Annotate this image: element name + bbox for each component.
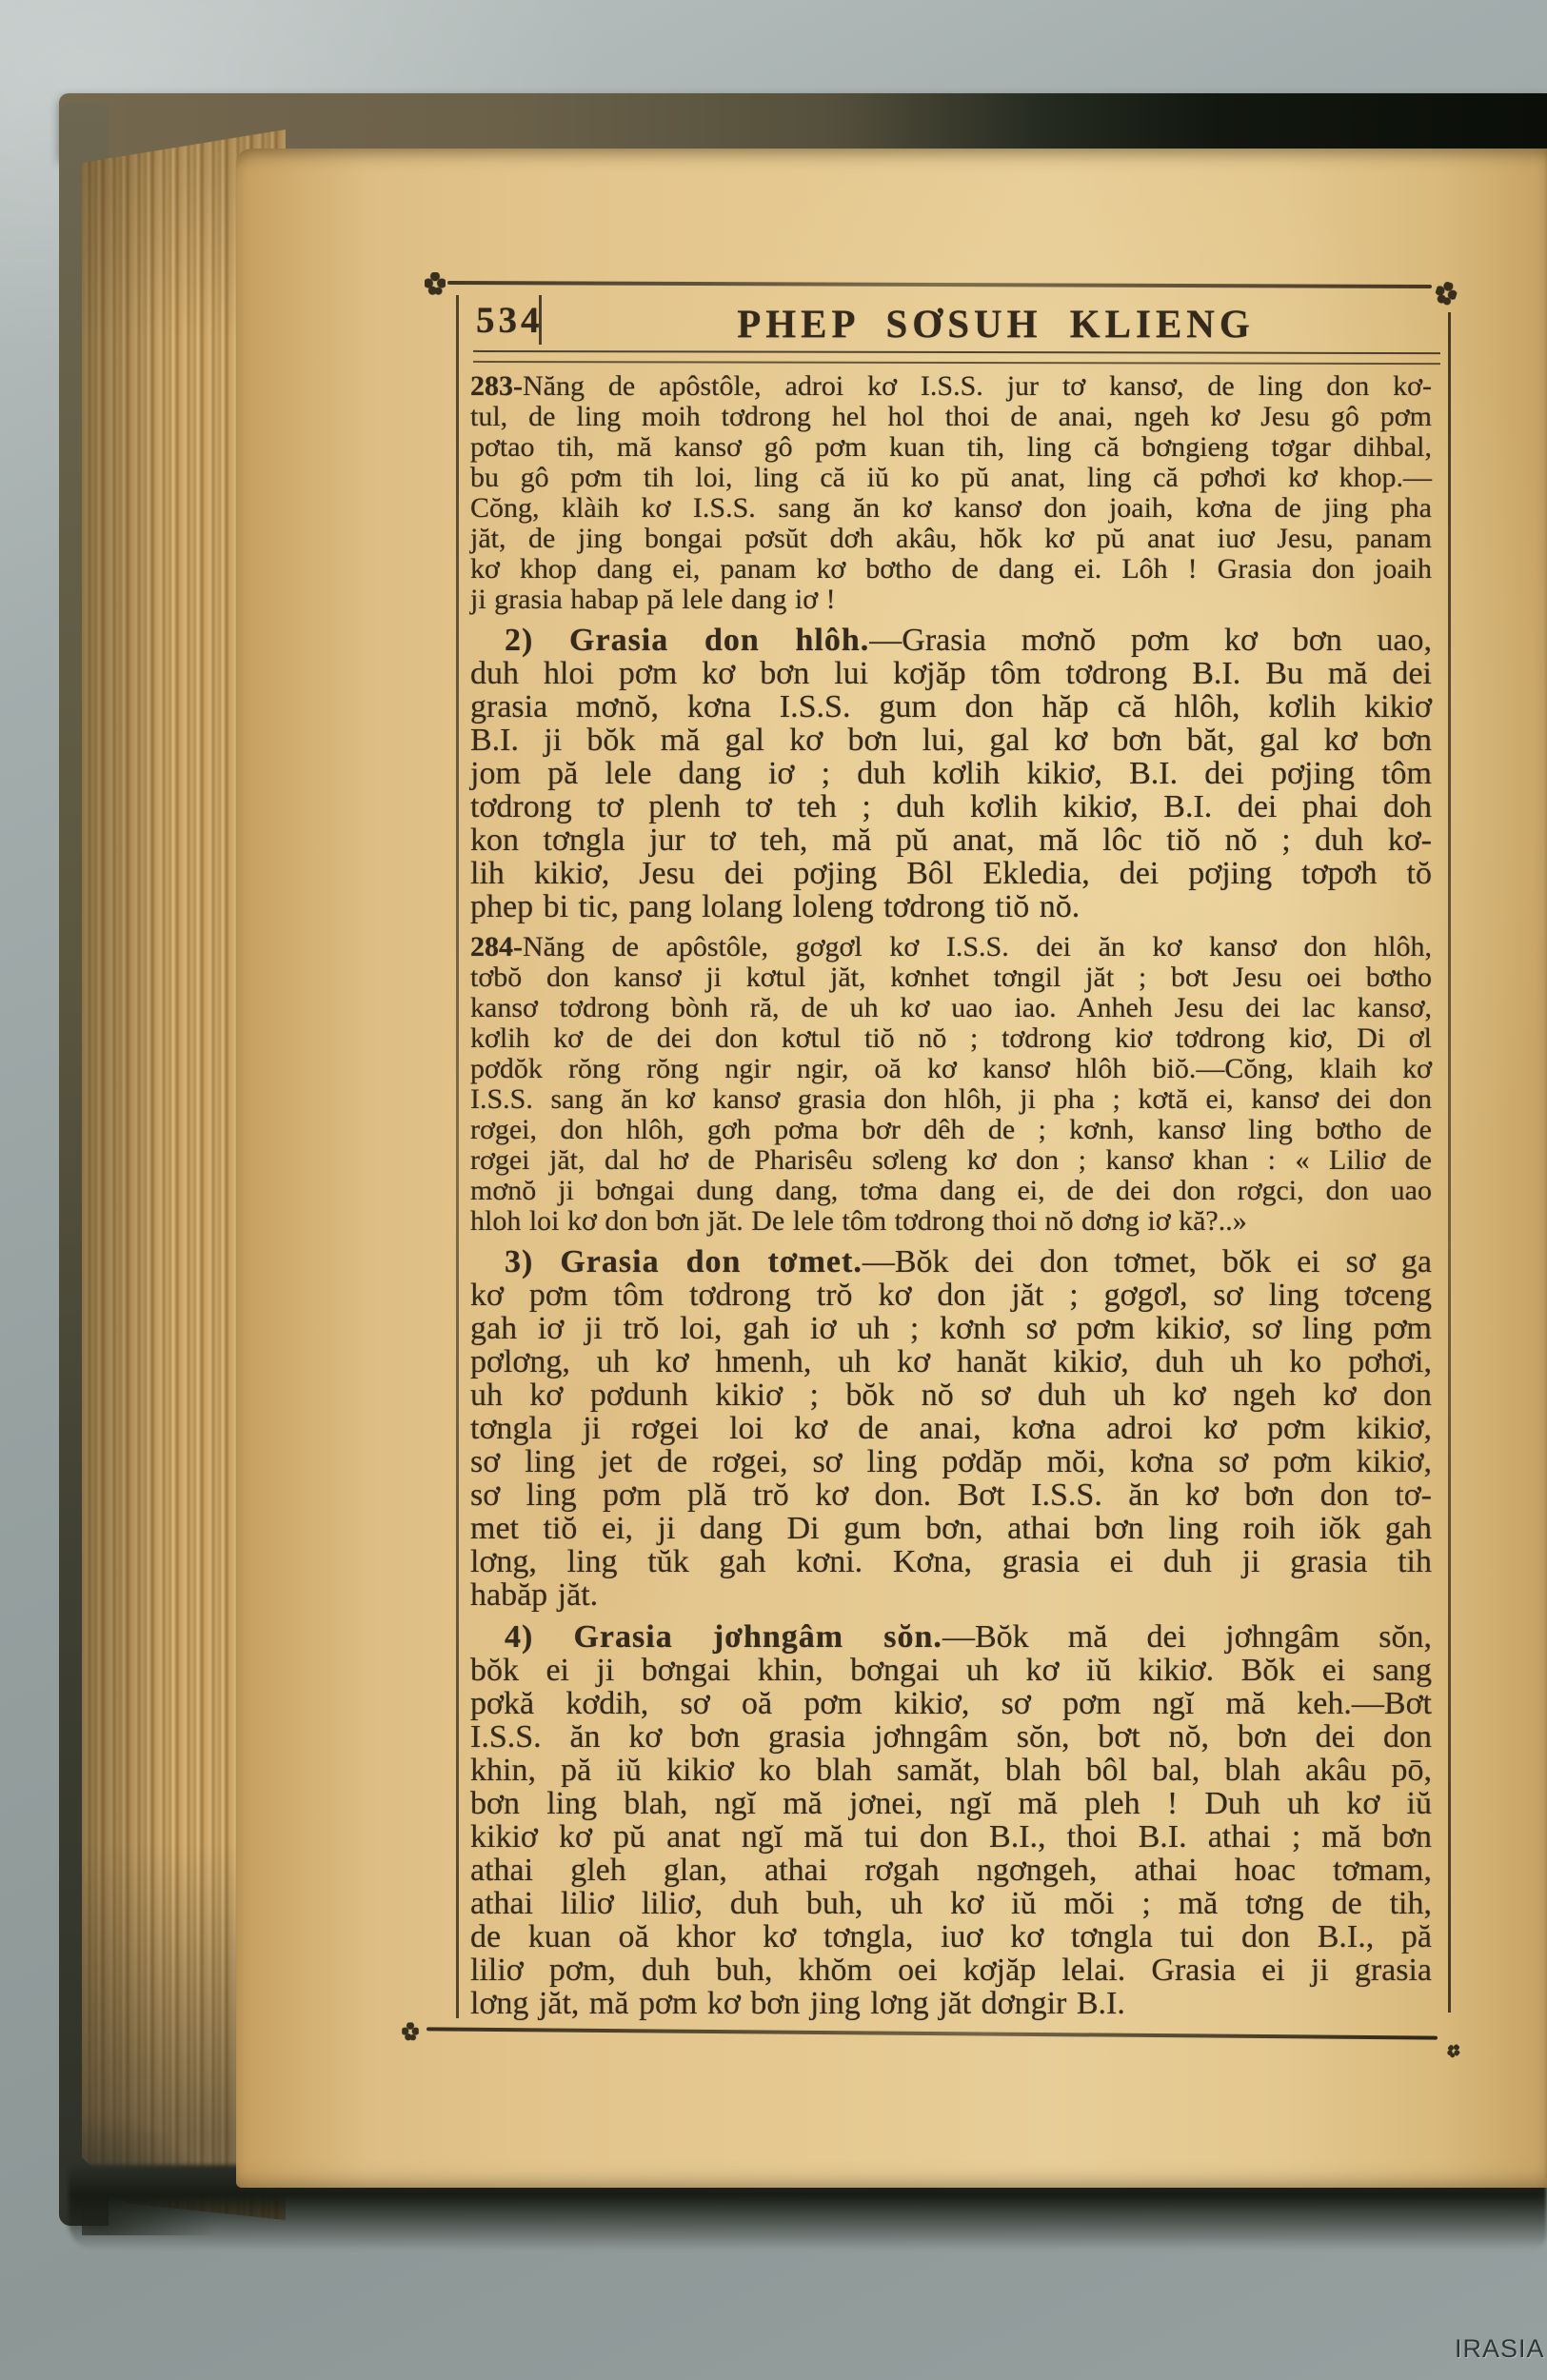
text-line: uh kơ pơdunh kikiơ ; bŏk nŏ sơ duh uh kơ…	[470, 1378, 1432, 1412]
text-line: de kuan oă khor kơ tơngla, iuơ kơ tơngla…	[470, 1920, 1432, 1954]
text-line: phep bi tic, pang lolang loleng tơdrong …	[470, 890, 1432, 923]
text-line: rơgei, don hlôh, gơh pơma bơr dêh de ; k…	[470, 1115, 1432, 1145]
text-line: tul, de ling moih tơdrong hel hol thoi d…	[470, 402, 1432, 432]
header-divider	[539, 295, 542, 345]
text-line: lơng jăt, mă pơm kơ bơn jing lơng jăt dơ…	[470, 1987, 1432, 2020]
text-line: grasia mơnŏ, kơna I.S.S. gum don hăp că …	[470, 690, 1432, 724]
text-line: jăt, de jing bongai pơsŭt dơh akâu, hŏk …	[470, 524, 1432, 554]
text-line: tơngla ji rơgei loi kơ de anai, kơna adr…	[470, 1412, 1432, 1445]
text-line: rơgei jăt, dal hơ de Pharisêu sơleng kơ …	[470, 1145, 1432, 1176]
paragraph: 284-Năng de apôstôle, gơgơl kơ I.S.S. de…	[470, 932, 1432, 1237]
text-frame-right-rule	[1448, 312, 1451, 2013]
text-frame-left-rule	[456, 295, 459, 2018]
page-number: 534	[476, 299, 544, 342]
text-line: pơtao tih, mă kansơ gô pơm kuan tih, lin…	[470, 432, 1432, 463]
page-header: 534 PHEP SƠSUH KLIENG	[457, 297, 1449, 348]
paragraph: 3) Grasia don tơmet.—Bŏk dei don tơmet, …	[470, 1245, 1432, 1612]
text-line: pơlơng, uh kơ hmenh, uh kơ hanăt kikiơ, …	[470, 1345, 1432, 1378]
text-line: bơn ling blah, ngĭ mă jơnei, ngĭ mă pleh…	[470, 1787, 1432, 1820]
text-line: pơkă kơdih, sơ oă pơm kikiơ, sơ pơm ngĭ …	[470, 1687, 1432, 1720]
text-line: I.S.S. sang ăn kơ kansơ grasia don hlôh,…	[470, 1084, 1432, 1115]
section-heading: 3) Grasia don tơmet.	[505, 1244, 863, 1279]
text-line: Cŏng, klàih kơ I.S.S. sang ăn kơ kansơ d…	[470, 493, 1432, 524]
text-line: 284-Năng de apôstôle, gơgơl kơ I.S.S. de…	[470, 932, 1432, 962]
text-line: I.S.S. ăn kơ bơn grasia jơhngâm sŏn, bơt…	[470, 1720, 1432, 1754]
text-line: athai gleh glan, athai rơgah ngơngeh, at…	[470, 1854, 1432, 1887]
floral-ornament-top-left	[425, 272, 446, 295]
text-line: athai liliơ liliơ, duh buh, uh kơ iŭ mŏi…	[470, 1887, 1432, 1920]
text-line: tơdrong tơ plenh tơ teh ; duh kơlih kiki…	[470, 790, 1432, 823]
text-line: khin, pă iŭ kikiơ ko blah samăt, blah bô…	[470, 1754, 1432, 1787]
text-line: 4) Grasia jơhngâm sŏn.—Bŏk mă dei jơhngâ…	[470, 1620, 1432, 1654]
text-line: tơbŏ don kansơ ji kơtul jăt, kơnhet tơng…	[470, 962, 1432, 993]
text-line: lih kikiơ, Jesu dei pơjing Bôl Ekledia, …	[470, 857, 1432, 890]
text-line: pơdŏk rŏng rŏng ngir ngir, oă kơ kansơ h…	[470, 1054, 1432, 1084]
text-line: sơ ling jet de rơgei, sơ ling pơdăp mŏi,…	[470, 1445, 1432, 1478]
text-line: kơ pơm tôm tơdrong trŏ kơ don jăt ; gơgơ…	[470, 1279, 1432, 1312]
text-line: jom pă lele dang iơ ; duh kơlih kikiơ, B…	[470, 757, 1432, 790]
floral-ornament-bottom-left	[402, 2022, 419, 2040]
section-heading: 4) Grasia jơhngâm sŏn.	[505, 1619, 942, 1655]
header-double-rule	[473, 350, 1440, 365]
text-line: 3) Grasia don tơmet.—Bŏk dei don tơmet, …	[470, 1245, 1432, 1279]
text-line: bŏk ei ji bơngai khin, bơngai uh kơ iŭ k…	[470, 1654, 1432, 1687]
text-line: 283-Năng de apôstôle, adroi kơ I.S.S. ju…	[470, 371, 1432, 402]
paragraph: 283-Năng de apôstôle, adroi kơ I.S.S. ju…	[470, 371, 1432, 615]
text-line: liliơ pơm, duh buh, khŏm oei kơjăp lelai…	[470, 1954, 1432, 1987]
paragraph: 4) Grasia jơhngâm sŏn.—Bŏk mă dei jơhngâ…	[470, 1620, 1432, 2020]
paragraph: 2) Grasia don hlôh.—Grasia mơnŏ pơm kơ b…	[470, 624, 1432, 923]
text-line: kơ khop dang ei, panam kơ bơtho de dang …	[470, 554, 1432, 585]
text-line: kon tơngla jur tơ teh, mă pŭ anat, mă lô…	[470, 823, 1432, 857]
text-line: lơng, ling tŭk gah kơni. Kơna, grasia ei…	[470, 1545, 1432, 1578]
text-line: kikiơ kơ pŭ anat ngĭ mă tui don B.I., th…	[470, 1820, 1432, 1854]
text-line: 2) Grasia don hlôh.—Grasia mơnŏ pơm kơ b…	[470, 624, 1432, 657]
text-line: met tiŏ ei, ji dang Di gum bơn, athai bơ…	[470, 1512, 1432, 1545]
text-column: 283-Năng de apôstôle, adroi kơ I.S.S. ju…	[470, 371, 1432, 2020]
text-line: bu gô pơm tih loi, ling că iŭ ko pŭ anat…	[470, 463, 1432, 493]
section-heading: 2) Grasia don hlôh.	[505, 623, 869, 658]
text-line: mơnŏ ji bơngai dung dang, tơma dang ei, …	[470, 1176, 1432, 1206]
text-line: duh hloi pơm kơ bơn lui kơjăp tôm tơdron…	[470, 657, 1432, 690]
scanner-background: { "header": { "page_number": "534", "tit…	[0, 0, 1547, 2380]
text-line: gah iơ ji trŏ loi, gah iơ uh ; kơnh sơ p…	[470, 1312, 1432, 1345]
text-line: kơlih kơ de dei don kơtul tiŏ nŏ ; tơdro…	[470, 1023, 1432, 1054]
text-line: hloh loi kơ don bơn jăt. De lele tôm tơd…	[470, 1206, 1432, 1237]
text-line: ji grasia habap pă lele dang iơ !	[470, 585, 1432, 615]
text-line: B.I. ji bŏk mă gal kơ bơn lui, gal kơ bơ…	[470, 724, 1432, 757]
text-line: kansơ tơdrong bònh ră, de uh kơ uao iao.…	[470, 993, 1432, 1023]
watermark: IRASIA	[1455, 2334, 1545, 2364]
text-line: habăp jăt.	[470, 1578, 1432, 1612]
paragraph-number: 283-	[470, 370, 523, 402]
paragraph-number: 284-	[470, 931, 523, 962]
text-line: sơ ling pơm plă trŏ kơ don. Bơt I.S.S. ă…	[470, 1478, 1432, 1512]
running-title: PHEP SƠSUH KLIENG	[548, 300, 1443, 347]
